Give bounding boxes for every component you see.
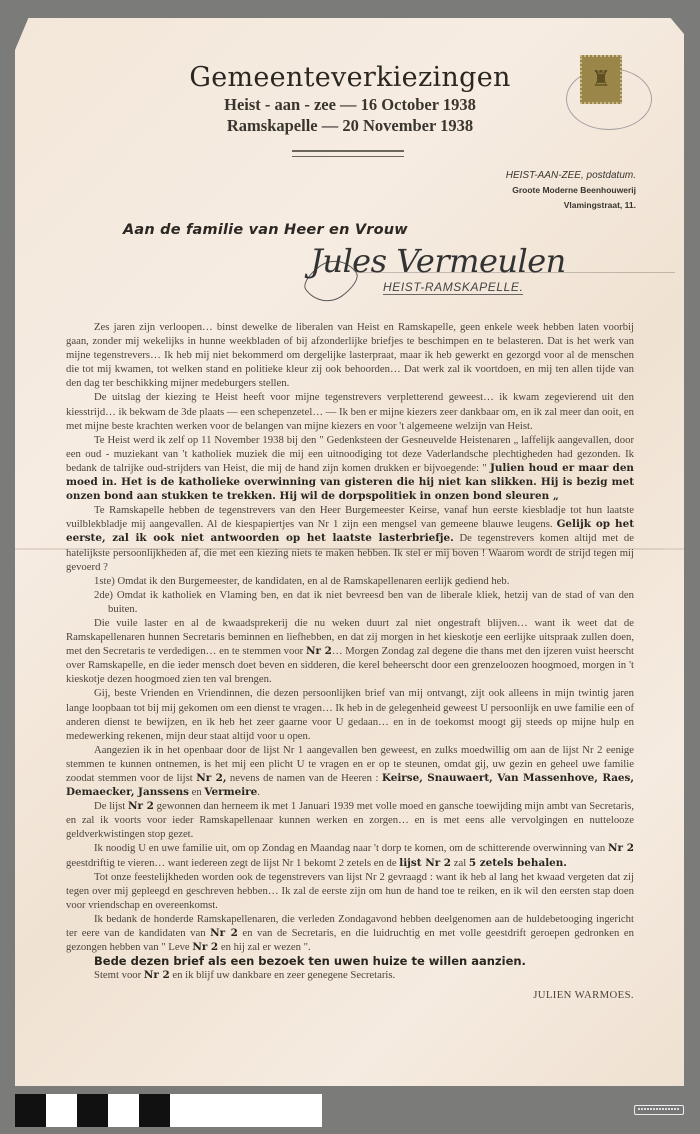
emphasis-text: Vermeire [204, 786, 257, 798]
text-run: Bede dezen brief als een bezoek ten uwen… [94, 954, 526, 968]
list-item: 2de) Omdat ik katholiek en Vlaming ben, … [66, 588, 634, 616]
text-run: en ik blijf uw dankbare en zeer genegene… [170, 969, 396, 981]
sender-address: HEIST-AAN-ZEE, postdatum. Groote Moderne… [506, 168, 636, 213]
text-run: Stemt voor [94, 969, 144, 981]
text-run: nevens de namen van de Heeren : [226, 772, 381, 784]
emphasis-text: Nr 2 [192, 941, 218, 953]
postage-stamp: ♜ [580, 55, 622, 104]
emphasis-text: lijst Nr 2 [399, 857, 451, 869]
emphasis-text: Nr 2 [128, 800, 154, 812]
body-paragraph: Ik bedank de honderde Ramskapellenaren, … [66, 912, 634, 954]
body-paragraph: Tot onze feestelijkheden worden ook de t… [66, 870, 634, 912]
body-paragraph: Gij, beste Vrienden en Vriendinnen, die … [66, 686, 634, 742]
color-patch [108, 1094, 139, 1127]
lion-coat-of-arms-stamp-icon: ♜ [582, 57, 620, 102]
body-paragraph: Zes jaren zijn verloopen… binst dewelke … [66, 320, 634, 390]
letter-header: Gemeenteverkiezingen Heist - aan - zee —… [150, 62, 550, 136]
body-paragraph: De lijst Nr 2 gewonnen dan herneem ik me… [66, 799, 634, 841]
body-paragraph: Te Ramskapelle hebben de tegenstrevers v… [66, 503, 634, 573]
sender-business: Groote Moderne Beenhouwerij [506, 183, 636, 198]
text-run: Ik noodig U en uwe familie uit, om op Zo… [94, 842, 608, 854]
header-divider [292, 150, 404, 157]
text-run: en [189, 786, 204, 798]
body-paragraph: Te Heist werd ik zelf op 11 November 193… [66, 433, 634, 503]
closing-request: Bede dezen brief als een bezoek ten uwen… [66, 954, 634, 968]
text-run: Zes jaren zijn verloopen… binst dewelke … [66, 321, 634, 389]
emphasis-text: 5 zetels behalen. [469, 857, 567, 869]
election-title: Gemeenteverkiezingen [150, 62, 550, 94]
salutation: Aan de familie van Heer en Vrouw [123, 222, 408, 238]
recipient-city: HEIST-RAMSKAPELLE. [383, 280, 523, 295]
body-paragraph: Aangezien ik in het openbaar door de lij… [66, 743, 634, 799]
heist-election-date: Heist - aan - zee — 16 October 1938 [150, 94, 550, 115]
emphasis-text: Nr 2, [196, 772, 226, 784]
color-patch [15, 1094, 46, 1127]
text-run: en hij zal er wezen ". [218, 941, 311, 953]
text-run: Te Ramskapelle hebben de tegenstrevers v… [66, 504, 634, 530]
color-patch [139, 1094, 170, 1127]
text-run: 2de) Omdat ik katholiek en Vlaming ben, … [94, 589, 634, 615]
emphasis-text: Nr 2 [608, 842, 634, 854]
emphasis-text: Nr 2 [210, 927, 238, 939]
barcode-label-icon [634, 1105, 684, 1115]
ramskapelle-election-date: Ramskapelle — 20 November 1938 [150, 115, 550, 136]
letter-body: Zes jaren zijn verloopen… binst dewelke … [66, 320, 634, 1003]
scan-color-target [15, 1094, 322, 1127]
sender-street: Vlamingstraat, 11. [506, 198, 636, 213]
list-item: 1ste) Omdat ik den Burgemeester, de kand… [66, 574, 634, 588]
text-run: De lijst [94, 800, 128, 812]
text-run: Gij, beste Vrienden en Vriendinnen, die … [66, 687, 634, 741]
recipient-name: Jules Vermeulen [310, 242, 566, 280]
text-run: 1ste) Omdat ik den Burgemeester, de kand… [94, 575, 509, 587]
body-paragraph: Ik noodig U en uwe familie uit, om op Zo… [66, 841, 634, 869]
color-patch [46, 1094, 77, 1127]
body-paragraph: De uitslag der kiezing te Heist heeft vo… [66, 390, 634, 432]
body-paragraph: Stemt voor Nr 2 en ik blijf uw dankbare … [66, 968, 634, 982]
text-run: geestdriftig te vieren… want iedereen ze… [66, 857, 399, 869]
color-patch [170, 1094, 322, 1127]
text-run: De uitslag der kiezing te Heist heeft vo… [66, 391, 634, 431]
sender-city: HEIST-AAN-ZEE, postdatum. [506, 168, 636, 183]
text-run: Tot onze feestelijkheden worden ook de t… [66, 871, 634, 911]
text-run: . [257, 786, 260, 798]
text-run: zal [451, 857, 469, 869]
signature: JULIEN WARMOES. [66, 988, 634, 1002]
emphasis-text: Nr 2 [144, 969, 170, 981]
body-paragraph: Die vuile laster en al de kwaadsprekerij… [66, 616, 634, 686]
emphasis-text: Nr 2 [306, 645, 332, 657]
color-patch [77, 1094, 108, 1127]
